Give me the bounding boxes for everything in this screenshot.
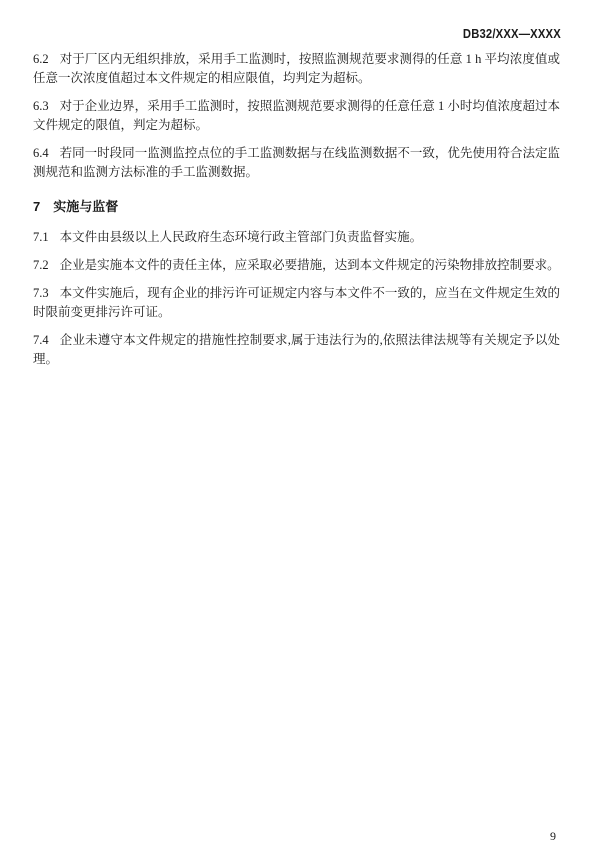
- clause-text: 企业未遵守本文件规定的措施性控制要求,属于违法行为的,依照法律法规等有关规定予以…: [33, 333, 560, 366]
- section-number: 7: [33, 199, 53, 214]
- clause-number: 6.4: [33, 146, 60, 160]
- section-heading-7: 7实施与监督: [33, 198, 560, 216]
- clause-text: 本文件由县级以上人民政府生态环境行政主管部门负责监督实施。: [60, 230, 423, 244]
- clause-7-4: 7.4企业未遵守本文件规定的措施性控制要求,属于违法行为的,依照法律法规等有关规…: [33, 331, 560, 369]
- clause-text: 对于企业边界，采用手工监测时，按照监测规范要求测得的任意任意 1 小时均值浓度超…: [33, 99, 560, 132]
- clause-number: 7.1: [33, 230, 60, 244]
- clause-6-4: 6.4若同一时段同一监测监控点位的手工监测数据与在线监测数据不一致，优先使用符合…: [33, 144, 560, 182]
- document-body: 6.2对于厂区内无组织排放，采用手工监测时，按照监测规范要求测得的任意 1 h …: [33, 50, 560, 378]
- clause-number: 7.3: [33, 286, 60, 300]
- document-code-header: DB32/XXX—XXXX: [463, 27, 561, 41]
- section-title: 实施与监督: [53, 199, 118, 214]
- clause-number: 6.3: [33, 99, 60, 113]
- clause-number: 7.2: [33, 258, 60, 272]
- clause-6-2: 6.2对于厂区内无组织排放，采用手工监测时，按照监测规范要求测得的任意 1 h …: [33, 50, 560, 88]
- document-page: DB32/XXX—XXXX 6.2对于厂区内无组织排放，采用手工监测时，按照监测…: [0, 0, 592, 858]
- clause-text: 本文件实施后，现有企业的排污许可证规定内容与本文件不一致的，应当在文件规定生效的…: [33, 286, 560, 319]
- clause-7-1: 7.1本文件由县级以上人民政府生态环境行政主管部门负责监督实施。: [33, 228, 560, 247]
- clause-text: 若同一时段同一监测监控点位的手工监测数据与在线监测数据不一致，优先使用符合法定监…: [33, 146, 560, 179]
- clause-number: 7.4: [33, 333, 60, 347]
- clause-7-2: 7.2企业是实施本文件的责任主体，应采取必要措施，达到本文件规定的污染物排放控制…: [33, 256, 560, 275]
- clause-number: 6.2: [33, 52, 60, 66]
- clause-text: 对于厂区内无组织排放，采用手工监测时，按照监测规范要求测得的任意 1 h 平均浓…: [33, 52, 560, 85]
- clause-7-3: 7.3本文件实施后，现有企业的排污许可证规定内容与本文件不一致的，应当在文件规定…: [33, 284, 560, 322]
- clause-text: 企业是实施本文件的责任主体，应采取必要措施，达到本文件规定的污染物排放控制要求。: [60, 258, 560, 272]
- clause-6-3: 6.3对于企业边界，采用手工监测时，按照监测规范要求测得的任意任意 1 小时均值…: [33, 97, 560, 135]
- page-number: 9: [550, 830, 556, 842]
